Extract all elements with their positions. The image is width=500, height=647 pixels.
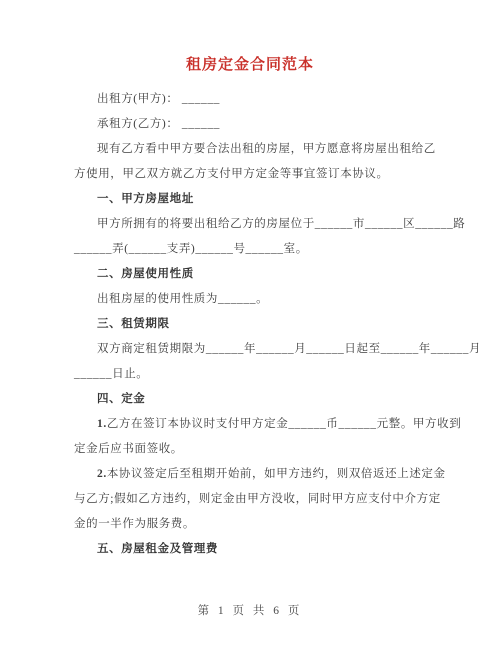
document-title: 租房定金合同范本 <box>0 0 500 75</box>
intro-paragraph-line-1: 现有乙方看中甲方要合法出租的房屋，甲方愿意将房屋出租给乙 <box>74 137 426 162</box>
clause-1-text: 乙方在签订本协议时支付甲方定金______币______元整。甲方收到 <box>107 418 462 430</box>
section-heading-3-lease-term: 三、租赁期限 <box>74 312 426 337</box>
section-heading-2-usage: 二、房屋使用性质 <box>74 262 426 287</box>
section-heading-4-deposit: 四、定金 <box>74 387 426 412</box>
lease-term-clause-line-1: 双方商定租赁期限为______年______月______日起至______年_… <box>74 337 426 362</box>
section-heading-1-address: 一、甲方房屋地址 <box>74 187 426 212</box>
document-body: 出租方(甲方)： ______ 承租方(乙方)： ______ 现有乙方看中甲方… <box>0 87 500 562</box>
clause-number-2: 2. <box>97 468 107 480</box>
deposit-clause-1-line-1: 1.乙方在签订本协议时支付甲方定金______币______元整。甲方收到 <box>74 412 426 437</box>
deposit-clause-2-line-2: 与乙方;假如乙方违约，则定金由甲方没收，同时甲方应支付中介方定 <box>74 487 426 512</box>
contract-document-page: 租房定金合同范本 出租方(甲方)： ______ 承租方(乙方)： ______… <box>0 0 500 647</box>
deposit-clause-2-line-3: 金的一半作为服务费。 <box>74 512 426 537</box>
deposit-clause-2-line-1: 2.本协议签定后至租期开始前，如甲方违约，则双倍返还上述定金 <box>74 462 426 487</box>
clause-number-1: 1. <box>97 418 107 430</box>
section-heading-5-rent-fees: 五、房屋租金及管理费 <box>74 537 426 562</box>
field-lessor-party-a: 出租方(甲方)： ______ <box>74 87 426 112</box>
usage-clause-line: 出租房屋的使用性质为______。 <box>74 287 426 312</box>
deposit-clause-1-line-2: 定金后应书面签收。 <box>74 437 426 462</box>
field-lessee-party-b: 承租方(乙方)： ______ <box>74 112 426 137</box>
lease-term-clause-line-2: ______日止。 <box>74 362 426 387</box>
page-number: 第 1 页 共 6 页 <box>0 603 500 619</box>
intro-paragraph-line-2: 方使用，甲乙双方就乙方支付甲方定金等事宜签订本协议。 <box>74 162 426 187</box>
clause-2-text: 本协议签定后至租期开始前，如甲方违约，则双倍返还上述定金 <box>107 468 446 480</box>
address-clause-line-2: ______弄(______支弄)______号______室。 <box>74 237 426 262</box>
address-clause-line-1: 甲方所拥有的将要出租给乙方的房屋位于______市______区______路 <box>74 212 426 237</box>
